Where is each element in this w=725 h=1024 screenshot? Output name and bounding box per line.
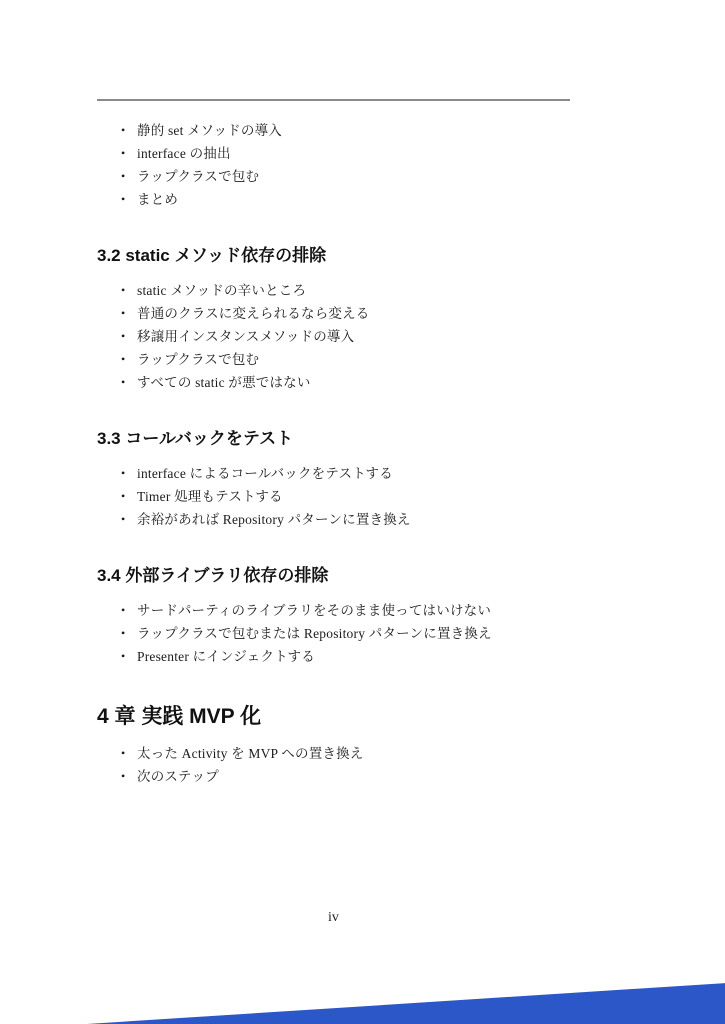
bullet-icon: • — [121, 165, 125, 187]
list-item: •Presenter にインジェクトする — [137, 646, 570, 668]
list-item: •interface によるコールバックをテストする — [137, 463, 570, 485]
chapter-heading-4: 4 章 実践 MVP 化 — [97, 704, 570, 730]
list-item: •Timer 処理もテストする — [137, 486, 570, 508]
list-item-text: Presenter にインジェクトする — [137, 649, 315, 664]
bullet-icon: • — [121, 485, 125, 507]
bullet-icon: • — [121, 742, 125, 764]
header-rule — [97, 99, 570, 101]
list-item-text: ラップクラスで包むまたは Repository パターンに置き換え — [137, 626, 492, 641]
bullet-icon: • — [121, 599, 125, 621]
section-3-3-bullet-list: •interface によるコールバックをテストする •Timer 処理もテスト… — [97, 463, 570, 531]
bullet-icon: • — [121, 279, 125, 301]
list-item: •太った Activity を MVP への置き換え — [137, 743, 570, 765]
list-item-text: 太った Activity を MVP への置き換え — [137, 746, 364, 761]
list-item: •サードパーティのライブラリをそのまま使ってはいけない — [137, 600, 570, 622]
list-item: •ラップクラスで包む — [137, 349, 570, 371]
list-item: •普通のクラスに変えられるなら変える — [137, 303, 570, 325]
chapter-4-bullet-list: •太った Activity を MVP への置き換え •次のステップ — [97, 743, 570, 788]
bullet-icon: • — [121, 645, 125, 667]
list-item-text: ラップクラスで包む — [137, 352, 259, 367]
list-item-text: 次のステップ — [137, 769, 219, 784]
list-item: •移譲用インスタンスメソッドの導入 — [137, 326, 570, 348]
section-3-2-bullet-list: •static メソッドの辛いところ •普通のクラスに変えられるなら変える •移… — [97, 280, 570, 394]
page-number: iv — [97, 910, 570, 926]
bullet-icon: • — [121, 142, 125, 164]
list-item-text: Timer 処理もテストする — [137, 489, 283, 504]
bullet-icon: • — [121, 302, 125, 324]
list-item: •まとめ — [137, 189, 570, 211]
list-item: •static メソッドの辛いところ — [137, 280, 570, 302]
bullet-icon: • — [121, 622, 125, 644]
list-item: •余裕があれば Repository パターンに置き換え — [137, 509, 570, 531]
bullet-icon: • — [121, 188, 125, 210]
section-heading-3-2: 3.2 static メソッド依存の排除 — [97, 245, 570, 267]
section-3-4-bullet-list: •サードパーティのライブラリをそのまま使ってはいけない •ラップクラスで包むまた… — [97, 600, 570, 668]
list-item-text: サードパーティのライブラリをそのまま使ってはいけない — [137, 603, 491, 618]
list-item-text: 余裕があれば Repository パターンに置き換え — [137, 512, 411, 527]
section-heading-3-4: 3.4 外部ライブラリ依存の排除 — [97, 565, 570, 587]
list-item: •ラップクラスで包むまたは Repository パターンに置き換え — [137, 623, 570, 645]
list-item-text: 静的 set メソッドの導入 — [137, 123, 282, 138]
list-item: •次のステップ — [137, 766, 570, 788]
bullet-icon: • — [121, 765, 125, 787]
bullet-icon: • — [121, 119, 125, 141]
intro-bullet-list: •静的 set メソッドの導入 •interface の抽出 •ラップクラスで包… — [97, 120, 570, 211]
list-item: •静的 set メソッドの導入 — [137, 120, 570, 142]
list-item-text: まとめ — [137, 192, 178, 207]
list-item-text: 普通のクラスに変えられるなら変える — [137, 306, 370, 321]
list-item: •ラップクラスで包む — [137, 166, 570, 188]
bullet-icon: • — [121, 462, 125, 484]
list-item-text: ラップクラスで包む — [137, 169, 259, 184]
page-content: •静的 set メソッドの導入 •interface の抽出 •ラップクラスで包… — [97, 0, 570, 789]
list-item-text: すべての static が悪ではない — [137, 375, 311, 390]
bullet-icon: • — [121, 325, 125, 347]
list-item-text: static メソッドの辛いところ — [137, 283, 306, 298]
bullet-icon: • — [121, 371, 125, 393]
bullet-icon: • — [121, 348, 125, 370]
document-page: •静的 set メソッドの導入 •interface の抽出 •ラップクラスで包… — [0, 0, 725, 1024]
list-item: •すべての static が悪ではない — [137, 372, 570, 394]
section-heading-3-3: 3.3 コールバックをテスト — [97, 428, 570, 450]
list-item-text: interface の抽出 — [137, 146, 231, 161]
bullet-icon: • — [121, 508, 125, 530]
list-item-text: interface によるコールバックをテストする — [137, 466, 393, 481]
book-cover-edge — [0, 980, 725, 1024]
list-item: •interface の抽出 — [137, 143, 570, 165]
list-item-text: 移譲用インスタンスメソッドの導入 — [137, 329, 354, 344]
